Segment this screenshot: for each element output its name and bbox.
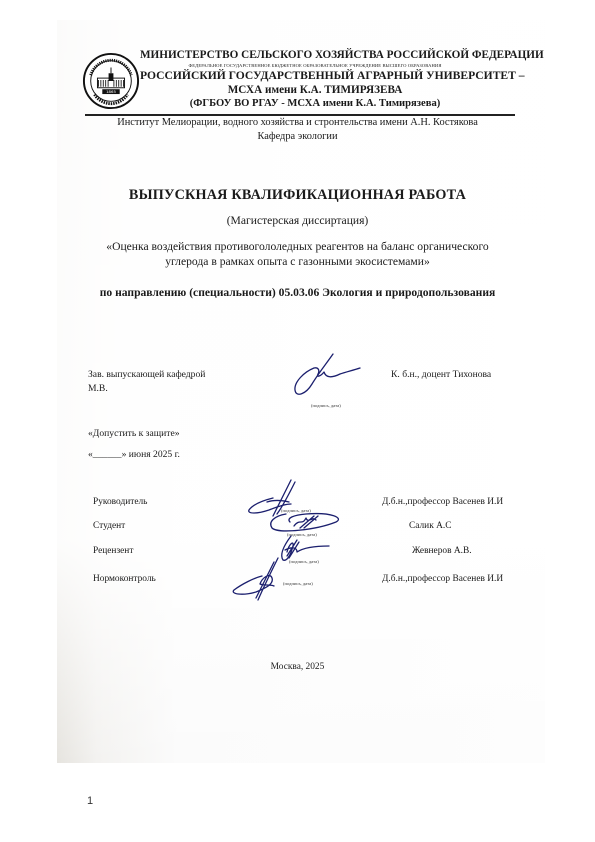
work-subtype: (Магистерская диссиртация) <box>0 214 595 227</box>
study-direction: по направлению (специальности) 05.03.06 … <box>0 286 595 299</box>
university-abbreviation: (ФГБОУ ВО РГАУ - МСХА имени К.А. Тимиряз… <box>140 98 490 109</box>
signatory-role-supervisor: Руководитель <box>93 497 147 507</box>
signatory-role-student: Студент <box>93 521 125 531</box>
thesis-theme-line-1: «Оценка воздействия противогололедных ре… <box>0 240 595 253</box>
signatory-name-reviewer: Жевнеров А.В. <box>412 546 472 556</box>
header-divider <box>85 114 515 116</box>
signature-caption: (подпись, дата) <box>283 581 313 586</box>
work-type-title: ВЫПУСКНАЯ КВАЛИФИКАЦИОННАЯ РАБОТА <box>0 187 595 204</box>
signatory-name-norm-control: Д.б.н.,профессор Васенев И.И <box>382 574 503 584</box>
head-of-department-role: Зав. выпускающей кафедрой <box>88 369 205 380</box>
university-name: РОССИЙСКИЙ ГОСУДАРСТВЕННЫЙ АГРАРНЫЙ УНИВ… <box>140 69 490 82</box>
city-year: Москва, 2025 <box>0 662 595 672</box>
head-of-department-role-initials: М.В. <box>88 383 108 394</box>
signature-caption: (подпись, дата) <box>289 559 319 564</box>
head-of-department-name: К. б.н., доцент Тихонова <box>391 369 491 380</box>
signature-caption: (подпись, дата) <box>311 403 341 408</box>
signatory-name-student: Салик А.С <box>409 521 451 531</box>
university-logo-icon: 1865 <box>82 52 140 110</box>
signatory-role-reviewer: Рецензент <box>93 546 133 556</box>
svg-text:1865: 1865 <box>106 89 116 94</box>
signatory-role-norm-control: Нормоконтроль <box>93 574 156 584</box>
student-signature-icon <box>266 510 344 534</box>
signatory-name-supervisor: Д.б.н.,профессор Васенев И.И <box>382 497 503 507</box>
ministry-heading: МИНИСТЕРСТВО СЕЛЬСКОГО ХОЗЯЙСТВА РОССИЙС… <box>140 49 490 61</box>
university-msha-name: МСХА имени К.А. ТИМИРЯЗЕВА <box>140 84 490 96</box>
thesis-theme-line-2: углерода в рамках опыта с газонными экос… <box>0 255 595 268</box>
page-number: 1 <box>87 795 93 807</box>
admission-date: «______» июня 2025 г. <box>88 449 180 460</box>
institute-name: Институт Мелиорации, водного хозяйства и… <box>0 117 595 128</box>
department-name: Кафедра экологии <box>0 131 595 142</box>
norm-control-signature-icon <box>228 556 290 602</box>
head-of-department-signature-icon <box>288 352 368 400</box>
federal-institution-line: ФЕДЕРАЛЬНОЕ ГОСУДАРСТВЕННОЕ БЮДЖЕТНОЕ ОБ… <box>140 63 490 68</box>
admission-label: «Допустить к защите» <box>88 428 180 439</box>
